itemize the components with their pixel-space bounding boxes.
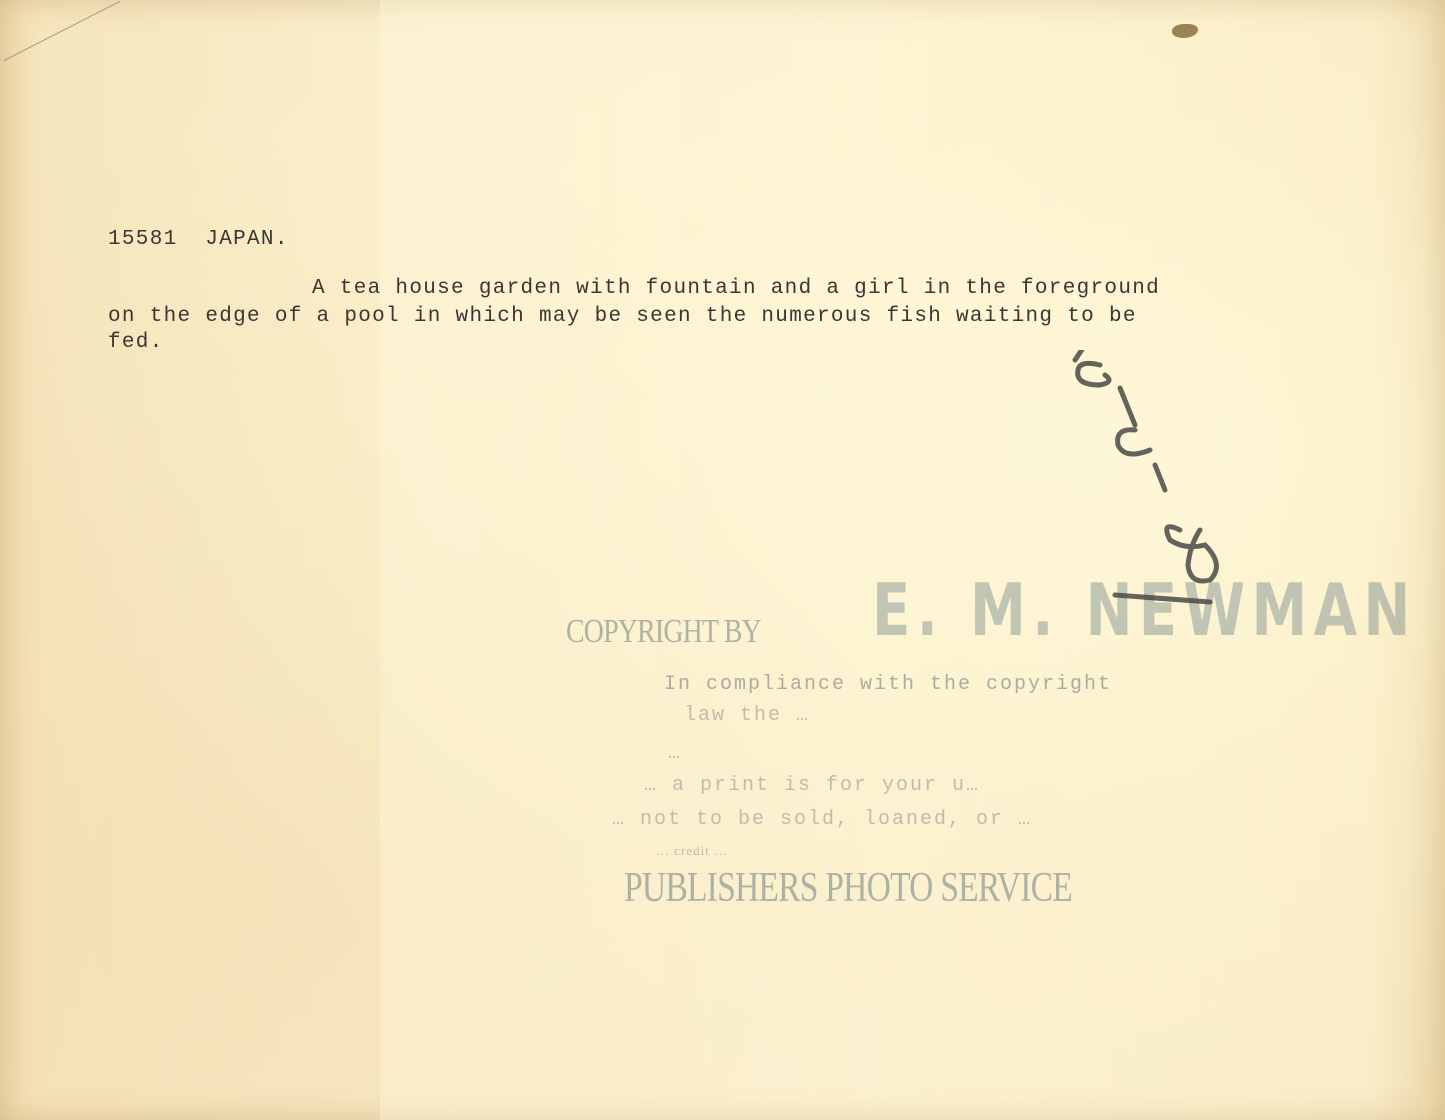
catalog-heading: 15581 JAPAN. (108, 226, 289, 253)
stamp-notice-line-4: … a print is for your u… (644, 774, 980, 797)
caption-line-2: on the edge of a pool in which may be se… (108, 303, 1137, 330)
stamp-notice-line-5: … not to be sold, loaned, or … (612, 808, 1032, 831)
stamp-copyright-prefix: COPYRIGHT BY (566, 613, 761, 651)
stamp-notice-line-1: In compliance with the copyright (664, 673, 1112, 696)
handwritten-date-icon (1060, 350, 1260, 610)
stamp-notice-line-3: … (668, 742, 682, 765)
country-label: JAPAN. (205, 228, 288, 251)
caption-line-3: fed. (108, 329, 164, 356)
paper-tone-band (380, 0, 1445, 1120)
caption-line-1: A tea house garden with fountain and a g… (312, 275, 1160, 302)
stamp-notice-line-2: law the … (684, 704, 810, 727)
stamp-notice-line-6: … credit … (656, 843, 728, 859)
stamp-publisher: PUBLISHERS PHOTO SERVICE (624, 864, 1072, 912)
catalog-number: 15581 (108, 228, 178, 251)
